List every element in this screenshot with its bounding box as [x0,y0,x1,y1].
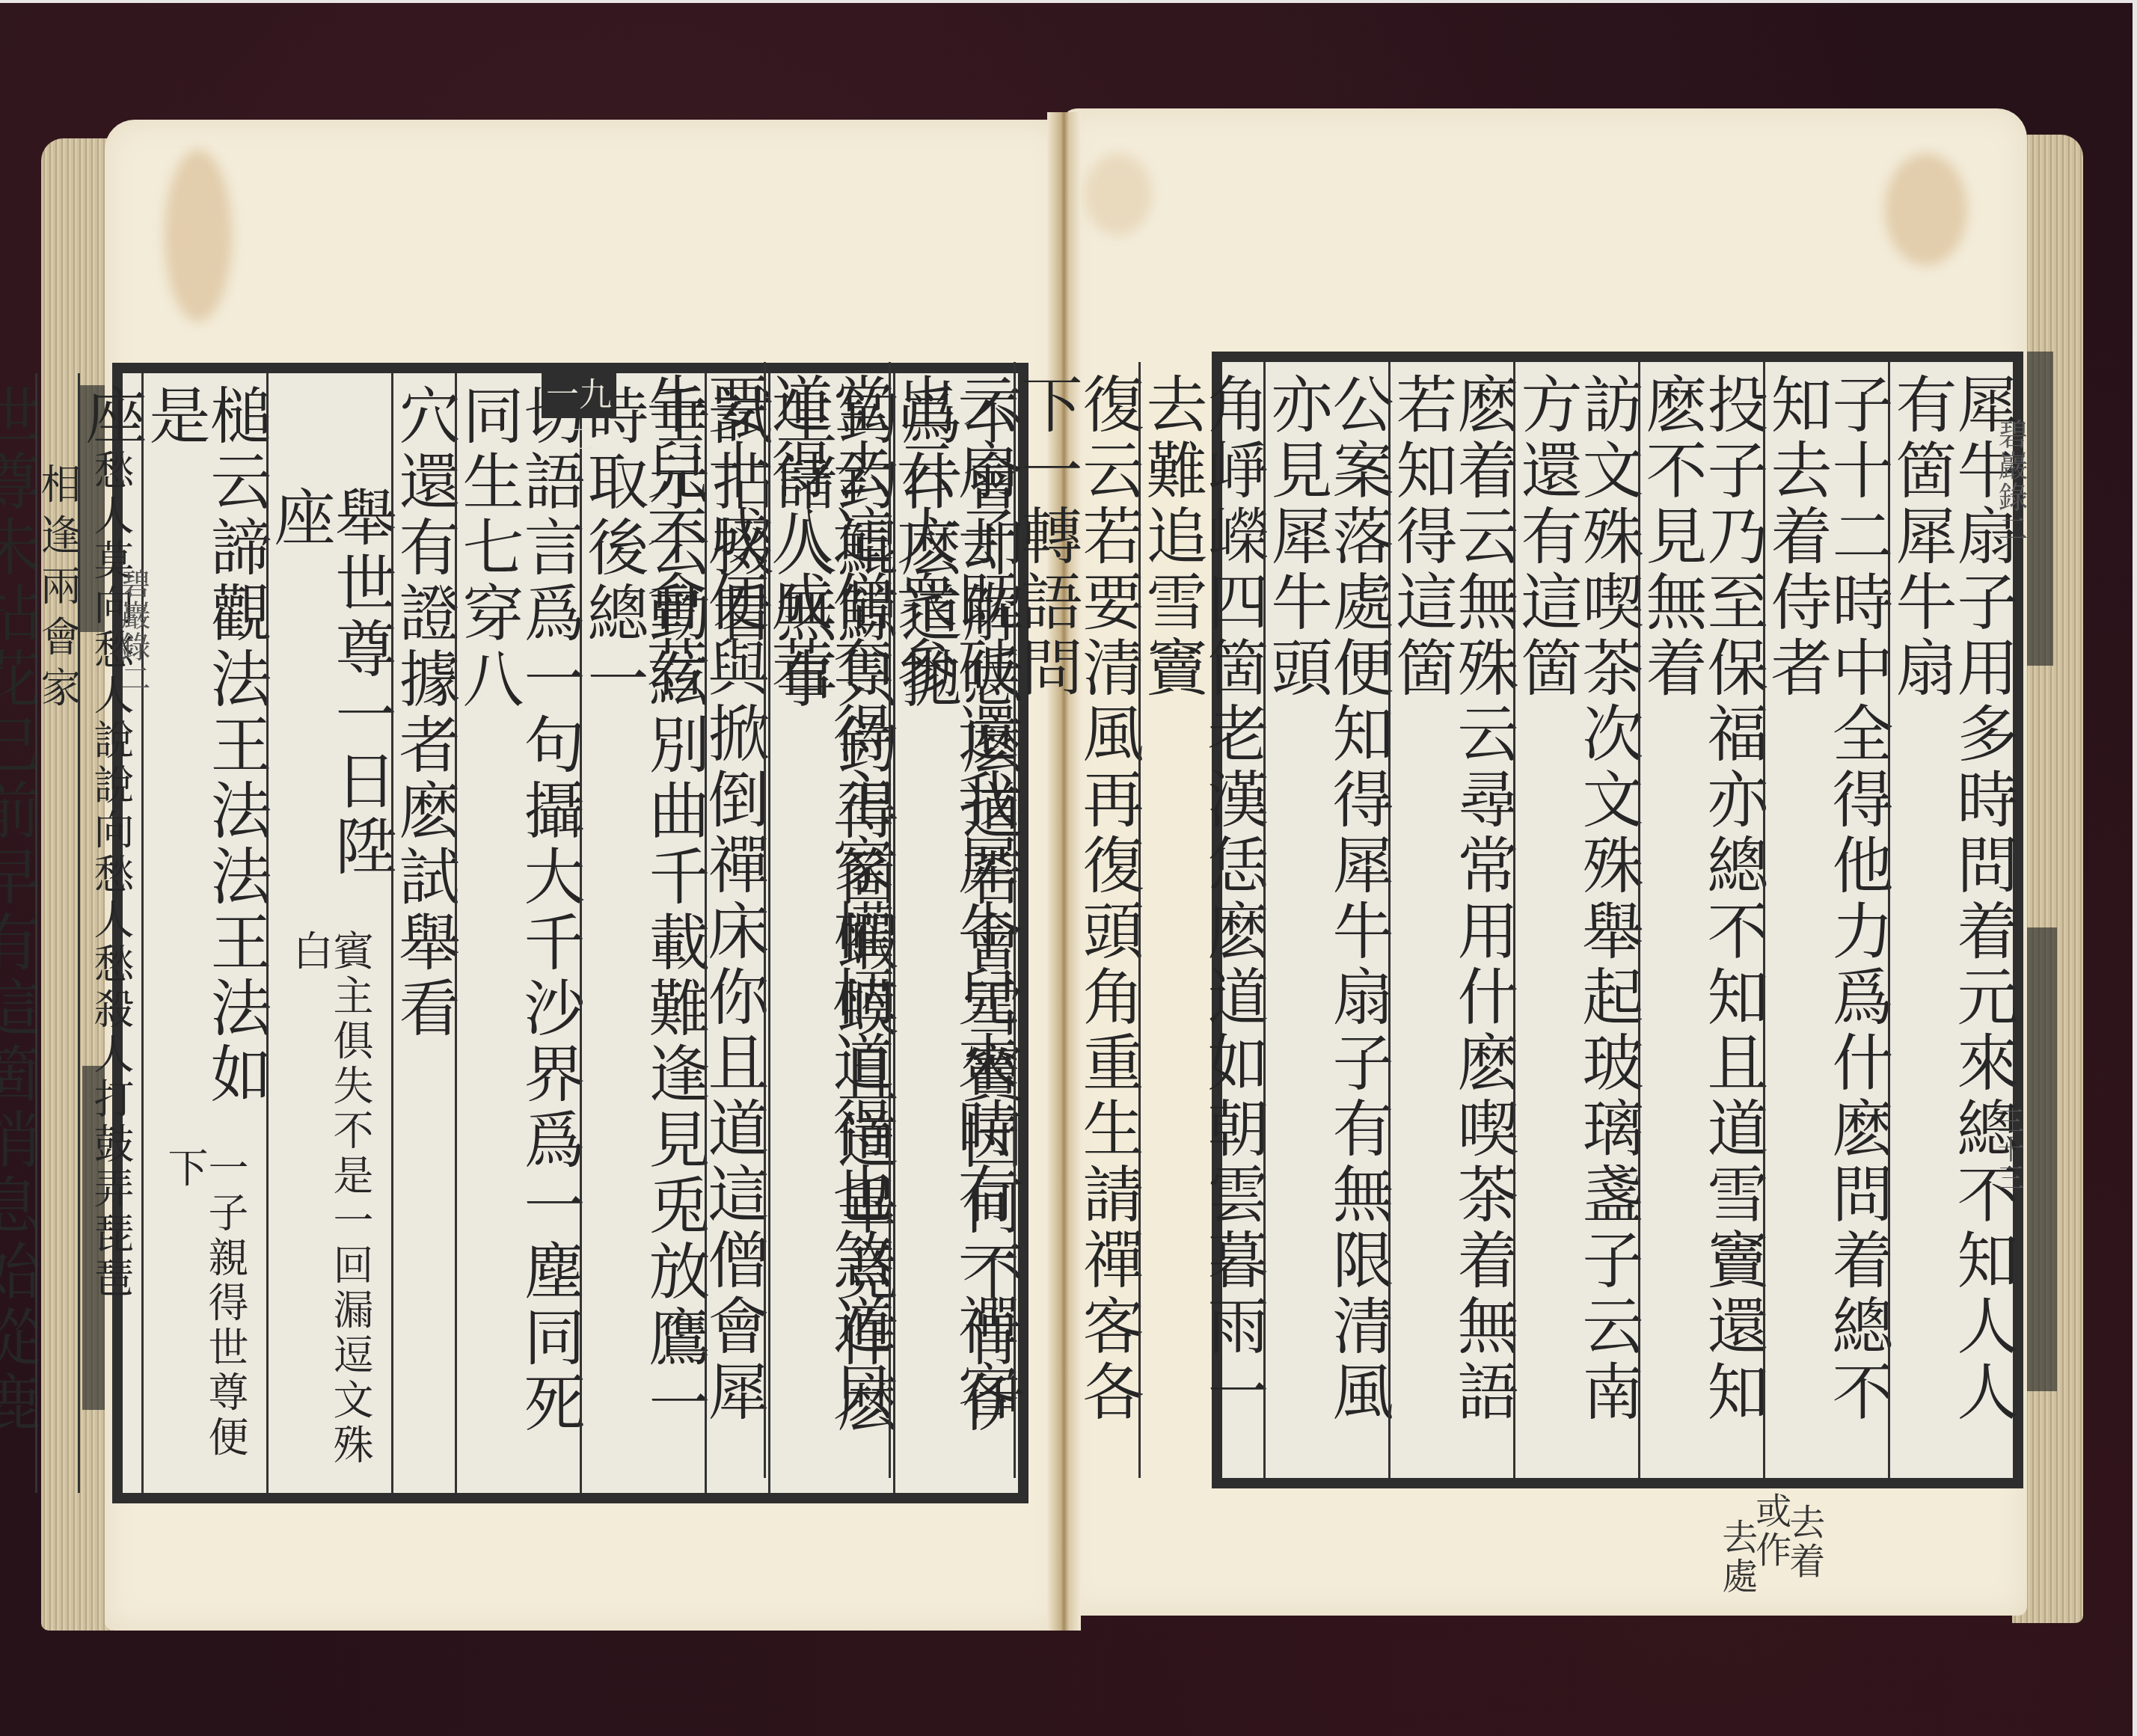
text-column: 投子乃至保福亦總不知且道雪竇還知麽不見無着 [1638,362,1763,1478]
text-column: 槌云諦觀法王法法王法如是一子親得世尊便下 [141,373,266,1493]
text-column: 穴還有證據者麽試舉看 [391,373,455,1493]
text-column: 訪文殊喫茶次文殊舉起玻璃盞子云南方還有這箇 [1513,362,1638,1478]
verse-text: 槌云諦觀法王法法王法如是 [144,384,266,1147]
text-column: 世尊未拈花已前早有這箇消息始從鹿野苑終至拔 [0,373,35,1493]
right-fore-edge-title: 碧巖錄二 [1990,419,2032,545]
text-column: 云扇子既破還我犀牛兒來時有一禪客出云大衆參 [889,362,1014,1478]
text-column: 角崢嶸四箇老漢恁麽道如朝雲暮雨一去難追雪竇 [1138,362,1263,1478]
case-heading-text: 舉世尊一日陞座 [269,485,391,930]
text-column: 公案落處便知得犀牛扇子有無限清風亦見犀牛頭 [1263,362,1388,1478]
right-page-text-frame: 犀牛扇子用多時問着元來總不知人人有箇犀牛扇 子十二時中全得他力爲什麽問着總不知去… [1212,352,2023,1488]
text-column: 堂去這僧奪得主家權柄道得也煞道只道得八成若 [764,362,889,1478]
text-column: 座愁人莫向愁人說說向愁人愁殺人打鼓弄琵琶 [78,373,141,1493]
text-column-case-heading: 舉世尊一日陞座賓主俱失不是一回漏逗文殊白 [266,373,391,1493]
right-border-strip [2133,0,2137,1736]
text-column: 切語言爲一句攝大千沙界爲一塵同死同生七穿八 [455,373,580,1493]
inline-commentary: 賓主俱失不是一回漏逗文殊白 [289,930,370,1493]
page-number: 三十三 [1990,1107,2028,1192]
text-column-commentary: 相逢兩會家 [35,373,78,1493]
handwritten-margin-note-3: 去處 [1717,1518,1756,1596]
verse-text: 座 [80,384,141,450]
case-number-marker: 一九二 [542,373,616,418]
inline-commentary: 一子親得世尊便下 [165,1147,245,1493]
text-column: 麽着云無殊云尋常用什麽喫茶着無語若知得這箇 [1388,362,1513,1478]
top-border-strip [0,0,2137,3]
text-column: 復云若要清風再復頭角重生請禪客各下一轉語問 [1014,362,1138,1478]
text-column: 要十成便與掀倒禪床你且道這僧會犀牛兒不會若 [641,362,764,1478]
text-column: 子十二時中全得他力爲什麽問着總不知去着侍者 [1763,362,1888,1478]
left-fore-edge-title: 碧巖錄二 [112,568,155,694]
